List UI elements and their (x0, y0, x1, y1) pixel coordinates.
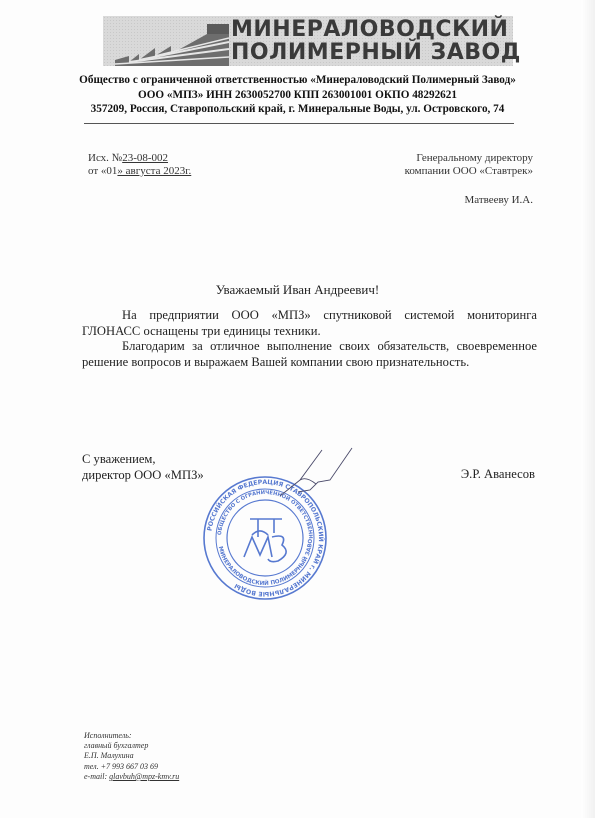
addressee-name: Матвееву И.А. (405, 194, 533, 207)
outgoing-date-prefix: от «01 (88, 165, 117, 177)
header-divider (84, 123, 514, 124)
executor-block: Исполнитель: главный бухгалтер Е.П. Малу… (84, 731, 179, 782)
addressee-line-1: Генеральному директору (405, 152, 533, 165)
building-logo-icon (109, 16, 229, 66)
executor-email-link[interactable]: glavbuh@mpz-kmv.ru (109, 772, 179, 781)
org-ids: ООО «МПЗ» ИНН 2630052700 КПП 263001001 О… (60, 88, 535, 103)
greeting: Уважаемый Иван Андреевич! (0, 282, 595, 298)
executor-label: Исполнитель: (84, 731, 179, 741)
body-paragraph: Благодарим за отличное выполнение своих … (82, 339, 537, 370)
scan-edge (581, 0, 595, 818)
org-full-name: Общество с ограниченной ответственностью… (60, 73, 535, 88)
logo-line-1: МИНЕРАЛОВОДСКИЙ (231, 18, 511, 41)
org-address: 357209, Россия, Ставропольский край, г. … (60, 102, 535, 117)
executor-name: Е.П. Малухина (84, 751, 179, 761)
letter-page: МИНЕРАЛОВОДСКИЙ ПОЛИМЕРНЫЙ ЗАВОД Обществ… (0, 0, 595, 818)
company-logo: МИНЕРАЛОВОДСКИЙ ПОЛИМЕРНЫЙ ЗАВОД (103, 16, 513, 66)
addressee-block: Генеральному директору компании ООО «Ста… (405, 152, 533, 207)
signer-position: директор ООО «МПЗ» (82, 468, 204, 484)
closing-block: С уважением, директор ООО «МПЗ» (82, 452, 204, 483)
outgoing-number: 23-08-002 (122, 152, 168, 164)
addressee-line-2: компании ООО «Ставтрек» (405, 165, 533, 178)
org-requisites: Общество с ограниченной ответственностью… (60, 73, 535, 117)
executor-phone: тел. +7 993 667 03 69 (84, 762, 179, 772)
closing-salutation: С уважением, (82, 452, 204, 468)
executor-email-label: e-mail: (84, 772, 109, 781)
signature (270, 446, 370, 516)
signer-name: Э.Р. Аванесов (461, 467, 535, 482)
outgoing-number-prefix: Исх. № (88, 152, 122, 164)
outgoing-date: » августа 2023г. (117, 165, 191, 177)
logo-line-2: ПОЛИМЕРНЫЙ ЗАВОД (231, 41, 511, 64)
letter-body: На предприятии ООО «МПЗ» спутниковой сис… (82, 308, 537, 370)
executor-position: главный бухгалтер (84, 741, 179, 751)
logo-wordmark: МИНЕРАЛОВОДСКИЙ ПОЛИМЕРНЫЙ ЗАВОД (231, 18, 511, 64)
outgoing-reference: Исх. №23-08-002 от «01» августа 2023г. (88, 152, 191, 178)
body-paragraph: На предприятии ООО «МПЗ» спутниковой сис… (82, 308, 537, 339)
